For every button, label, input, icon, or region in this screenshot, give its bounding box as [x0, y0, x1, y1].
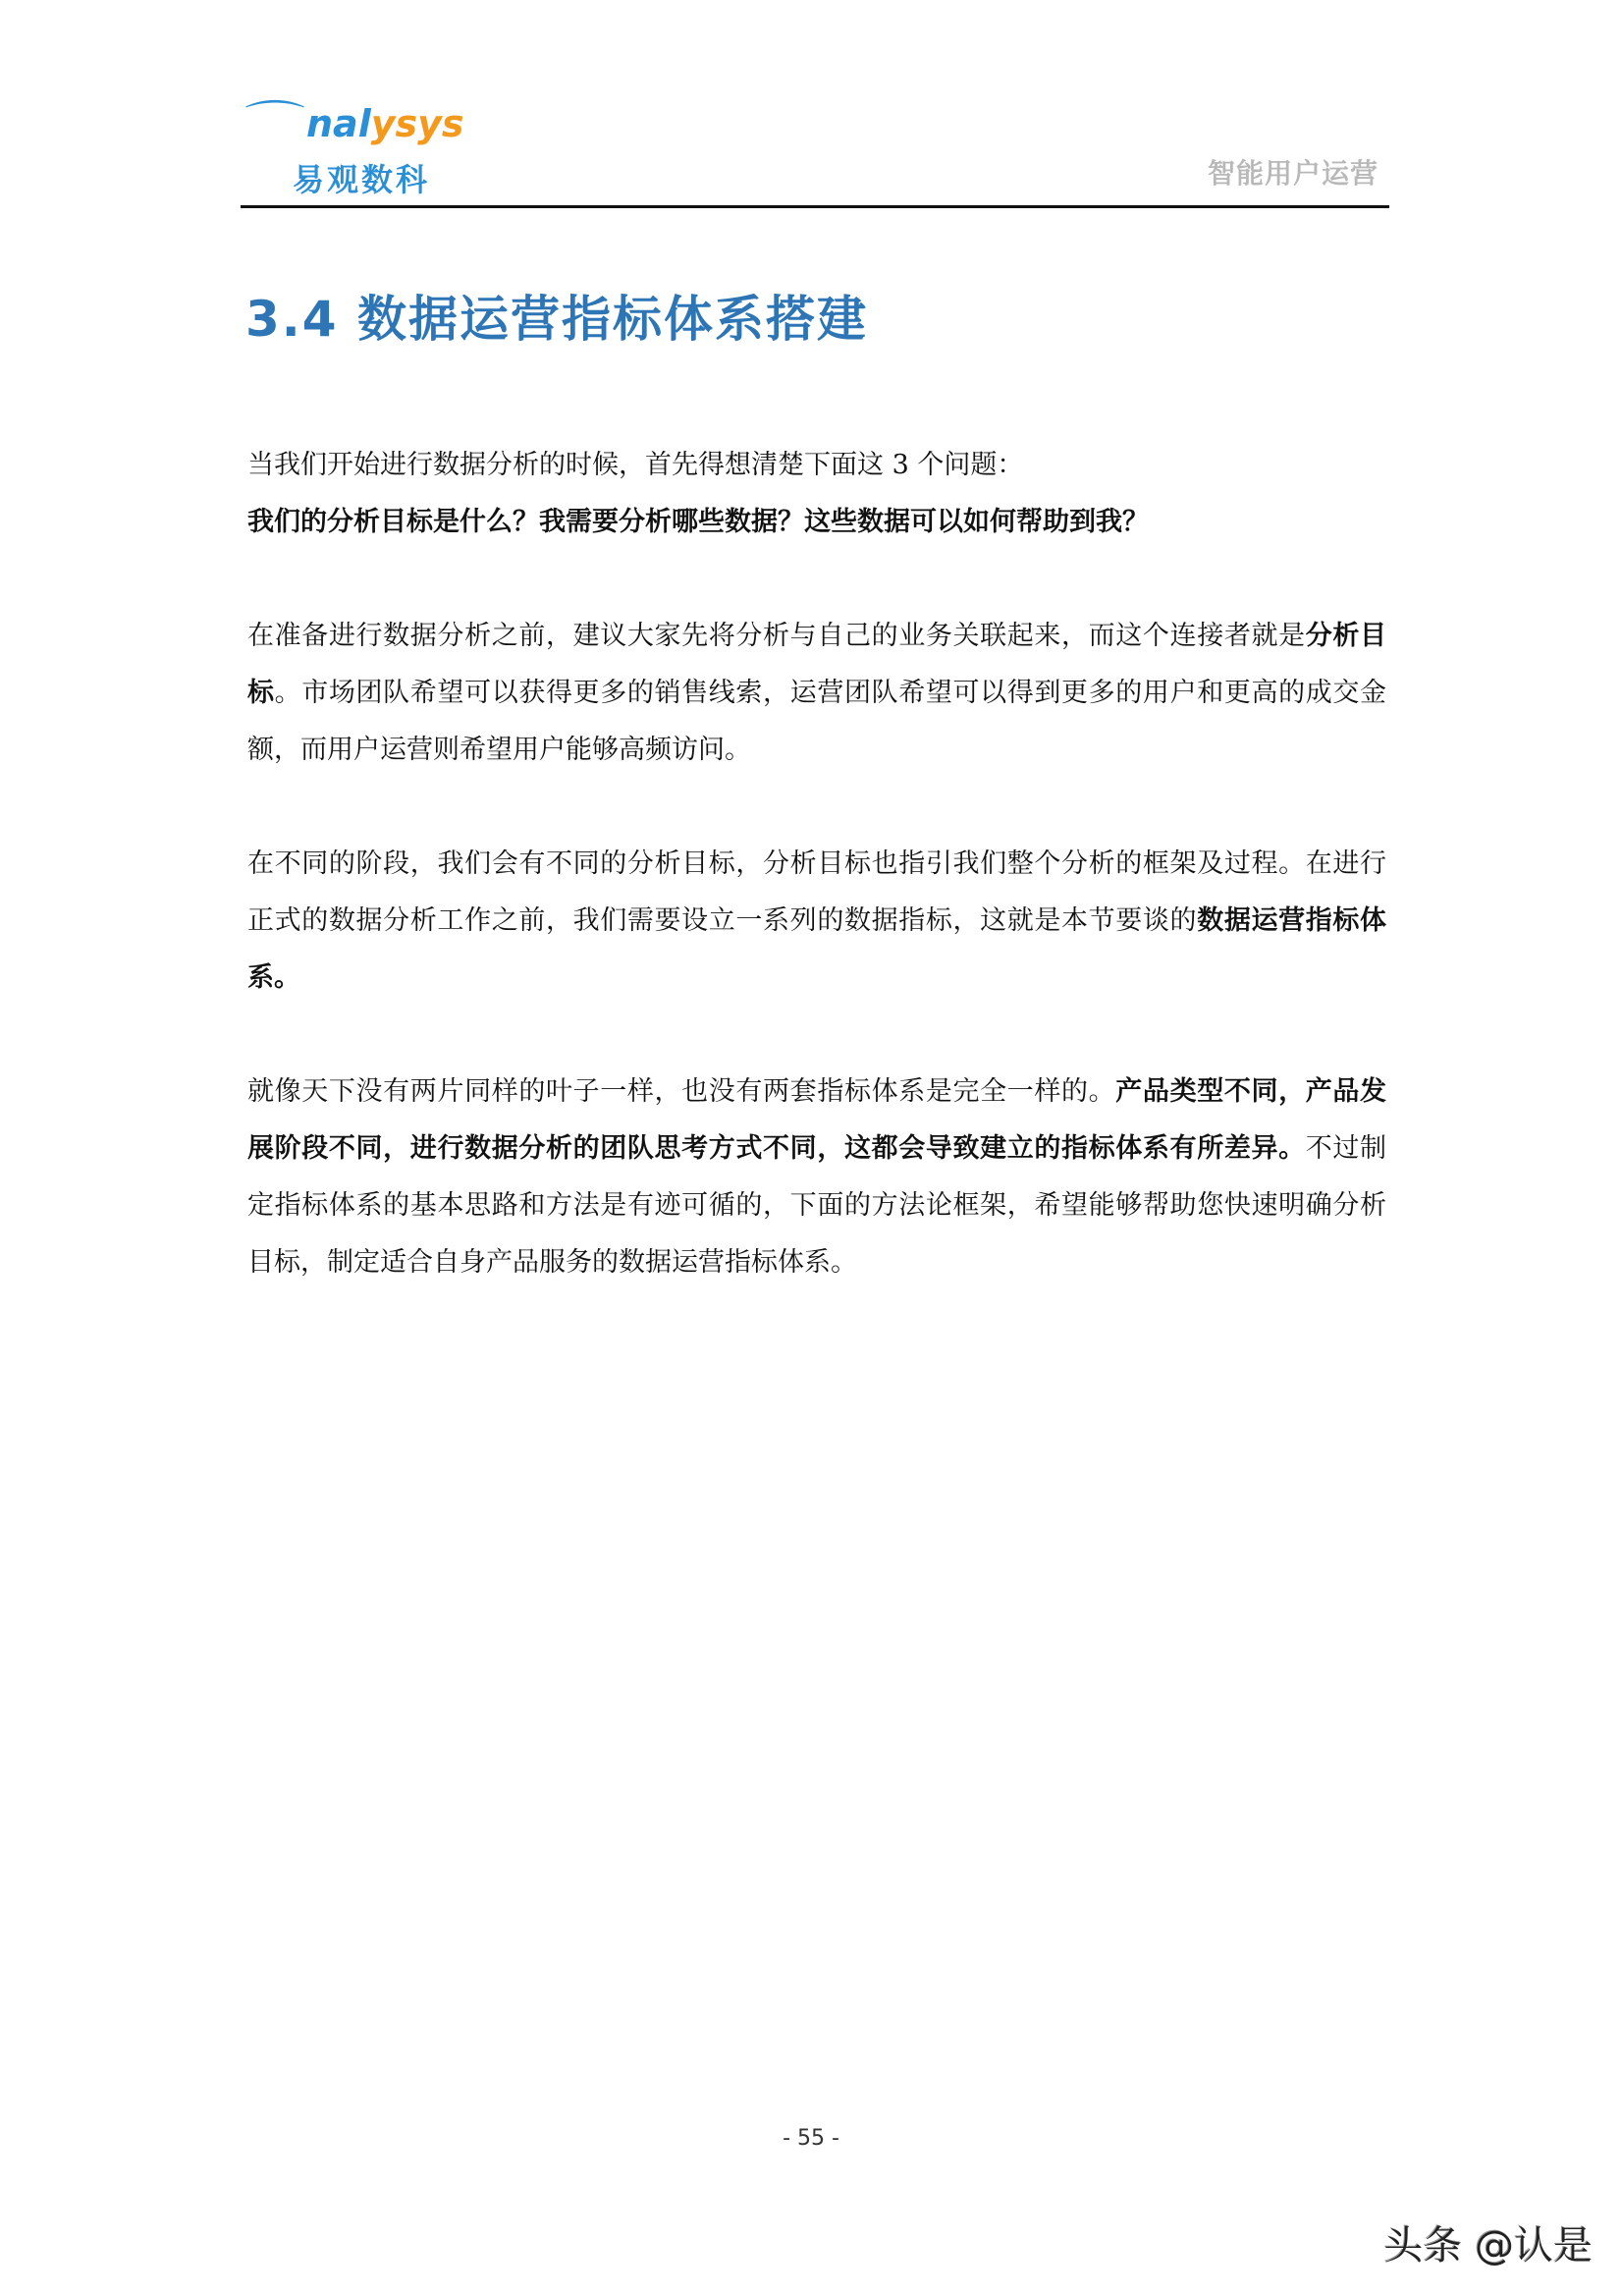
logo-wordmark: ⌒nalysys: [253, 98, 464, 148]
watermark: 头条 @认是: [1383, 2214, 1593, 2270]
logo-wordmark-orange: ysys: [371, 102, 464, 145]
paragraph-questions: 我们的分析目标是什么？我需要分析哪些数据？这些数据可以如何帮助到我？: [247, 494, 1386, 551]
text-segment: 在准备进行数据分析之前，建议大家先将分析与自己的业务关联起来，而这个连接者就是: [247, 621, 1306, 651]
logo-chinese-name: 易观数科: [293, 155, 430, 200]
paragraph-differences: 就像天下没有两片同样的叶子一样，也没有两套指标体系是完全一样的。产品类型不同，产…: [247, 1064, 1386, 1291]
questions-text: 我们的分析目标是什么？我需要分析哪些数据？这些数据可以如何帮助到我？: [247, 507, 1149, 537]
company-logo: ⌒nalysys 易观数科: [253, 98, 460, 196]
paragraph-stages: 在不同的阶段，我们会有不同的分析目标，分析目标也指引我们整个分析的框架及过程。在…: [247, 836, 1386, 1007]
paragraph-analysis-goal: 在准备进行数据分析之前，建议大家先将分析与自己的业务关联起来，而这个连接者就是分…: [247, 608, 1386, 779]
page-title: 3.4 数据运营指标体系搭建: [245, 280, 868, 351]
logo-swoosh-icon: ⌒: [244, 98, 305, 147]
paragraph-intro: 当我们开始进行数据分析的时候，首先得想清楚下面这 3 个问题：: [247, 437, 1386, 494]
page-number: - 55 -: [0, 2126, 1622, 2151]
text-segment: 。市场团队希望可以获得更多的销售线索，运营团队希望可以得到更多的用户和更高的成交…: [247, 678, 1386, 765]
section-label: 智能用户运营: [1208, 152, 1379, 191]
header-divider: [241, 205, 1389, 208]
body-content: 当我们开始进行数据分析的时候，首先得想清楚下面这 3 个问题： 我们的分析目标是…: [247, 437, 1386, 1348]
text-segment: 就像天下没有两片同样的叶子一样，也没有两套指标体系是完全一样的。: [247, 1076, 1115, 1107]
intro-text: 当我们开始进行数据分析的时候，首先得想清楚下面这 3 个问题：: [247, 450, 1023, 480]
logo-wordmark-blue: nal: [306, 102, 371, 145]
